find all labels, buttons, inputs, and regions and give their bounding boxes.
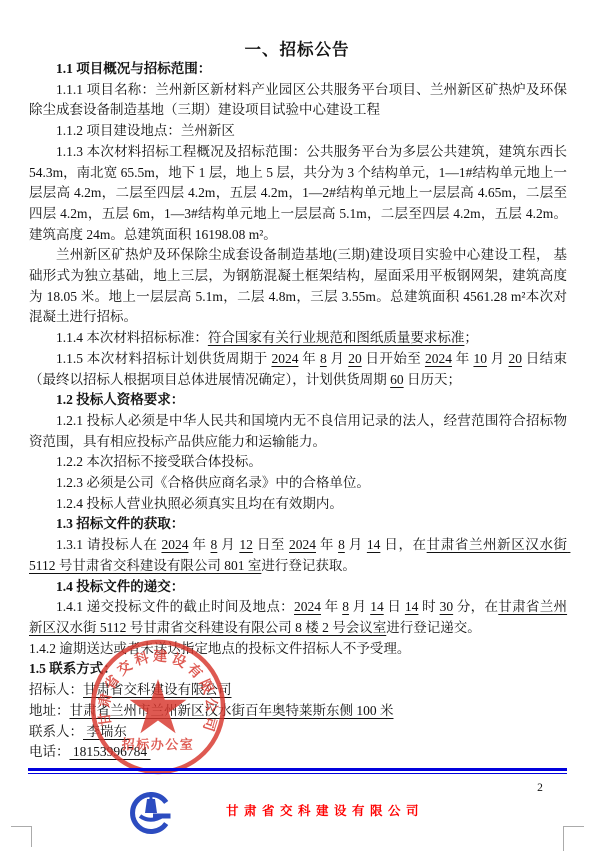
filled-in-value: 甘肃省交科建设有限公司 <box>83 682 232 697</box>
text-segment: 月 <box>349 599 370 614</box>
page-number: 2 <box>530 782 550 794</box>
filled-in-value: 20 <box>508 351 522 366</box>
text-segment: 日开始至 <box>362 351 425 366</box>
text-segment: 日历天； <box>404 372 461 387</box>
section-heading: 1.1 项目概况与招标范围： <box>29 59 567 80</box>
text-segment: 时 <box>418 599 439 614</box>
text-segment: 月 <box>217 537 239 552</box>
filled-in-value: 12 <box>239 537 253 552</box>
filled-in-value: 30 <box>440 599 454 614</box>
text-segment: 1.2.4 投标人营业执照必须真实且均在有效期内。 <box>56 496 343 511</box>
paragraph: 1.1.3 本次材料招标工程概况及招标范围：公共服务平台为多层公共建筑，建筑东西… <box>29 142 567 246</box>
text-segment: 日 <box>384 599 405 614</box>
filled-in-value: 18153996784 <box>70 744 151 759</box>
text-segment: 1.4.1 递交投标文件的截止时间及地点： <box>56 599 294 614</box>
text-segment: 年 <box>321 599 342 614</box>
text-segment: 月 <box>327 351 349 366</box>
crop-mark-bottom-right-h <box>563 826 584 827</box>
crop-mark-bottom-right-v <box>563 826 564 851</box>
text-segment: 年 <box>452 351 474 366</box>
filled-in-value: 8 <box>342 599 349 614</box>
filled-in-value: 20 <box>348 351 362 366</box>
text-segment: 1.1.1 项目名称：兰州新区新材料产业园区公共服务平台项目、兰州新区矿热炉及环… <box>29 82 567 118</box>
text-segment: 地址： <box>29 703 70 718</box>
text-segment: 日至 <box>253 537 289 552</box>
filled-in-value: 2024 <box>425 351 452 366</box>
text-segment: 1.2.1 投标人必须是中华人民共和国境内无不良信用记录的法人，经营范围符合招标… <box>29 413 567 449</box>
paragraph: 1.2.2 本次招标不接受联合体投标。 <box>29 452 567 473</box>
text-segment: 1.4.2 逾期送达或者未送达指定地点的投标文件招标人不予受理。 <box>29 641 410 656</box>
paragraph: 1.1.4 本次材料招标标准：符合国家有关行业规范和图纸质量要求标准； <box>29 328 567 349</box>
paragraph: 兰州新区矿热炉及环保除尘成套设备制造基地(三期)建设项目实验中心建设工程， 基础… <box>29 245 567 328</box>
text-segment: 兰州新区矿热炉及环保除尘成套设备制造基地(三期)建设项目实验中心建设工程， 基础… <box>29 247 567 324</box>
paragraph: 1.4.2 逾期送达或者未送达指定地点的投标文件招标人不予受理。 <box>29 639 567 660</box>
company-logo-icon <box>129 789 177 835</box>
paragraph: 1.4.1 递交投标文件的截止时间及地点：2024 年 8 月 14 日 14 … <box>29 597 567 638</box>
filled-in-value: 李瑞东 <box>83 724 130 739</box>
text-segment: 1.1 项目概况与招标范围： <box>56 61 211 76</box>
text-segment: ； <box>464 330 478 345</box>
paragraph: 1.3.1 请投标人在 2024 年 8 月 12 日至 2024 年 8 月 … <box>29 535 567 576</box>
paragraph: 1.1.1 项目名称：兰州新区新材料产业园区公共服务平台项目、兰州新区矿热炉及环… <box>29 80 567 121</box>
filled-in-value: 14 <box>367 537 381 552</box>
filled-in-value: 甘肃省兰州市兰州新区汉水街百年奥特莱斯东侧 100 米 <box>70 703 394 718</box>
text-segment: 1.1.5 本次材料招标计划供货周期于 <box>56 351 271 366</box>
text-segment: 1.2.2 本次招标不接受联合体投标。 <box>56 454 262 469</box>
text-segment: 1.2 投标人资格要求： <box>56 392 184 407</box>
paragraph: 1.2.4 投标人营业执照必须真实且均在有效期内。 <box>29 494 567 515</box>
text-segment: 月 <box>345 537 367 552</box>
paragraph: 1.1.5 本次材料招标计划供货周期于 2024 年 8 月 20 日开始至 2… <box>29 349 567 390</box>
filled-in-value: 14 <box>405 599 419 614</box>
section-heading: 1.4 投标文件的递交： <box>29 577 567 598</box>
footer-divider <box>28 768 567 774</box>
section-heading: 1.3 招标文件的获取： <box>29 514 567 535</box>
section-heading: 1.5 联系方式： <box>29 659 567 680</box>
paragraph: 联系人： 李瑞东 <box>29 722 567 743</box>
filled-in-value: 8 <box>320 351 327 366</box>
text-segment: 年 <box>188 537 210 552</box>
document-page: 一、招标公告 1.1 项目概况与招标范围：1.1.1 项目名称：兰州新区新材料产… <box>0 0 594 851</box>
text-segment: 1.5 联系方式： <box>29 661 117 676</box>
text-segment: 进行登记获取。 <box>261 558 356 573</box>
text-segment: 年 <box>298 351 320 366</box>
filled-in-value: 8 <box>338 537 345 552</box>
text-segment: 招标人： <box>29 682 83 697</box>
filled-in-value: 2024 <box>289 537 316 552</box>
page-title: 一、招标公告 <box>0 36 594 60</box>
filled-in-value: 14 <box>370 599 384 614</box>
paragraph: 招标人：甘肃省交科建设有限公司 <box>29 680 567 701</box>
filled-in-value: 10 <box>473 351 487 366</box>
text-segment: 1.3 招标文件的获取： <box>56 516 184 531</box>
text-segment: 年 <box>316 537 338 552</box>
filled-in-value: 2024 <box>271 351 298 366</box>
text-segment: 月 <box>487 351 509 366</box>
text-segment: 1.1.2 项目建设地点：兰州新区 <box>56 123 235 138</box>
filled-in-value: 2024 <box>294 599 321 614</box>
text-segment: 电话： <box>29 744 70 759</box>
document-body: 1.1 项目概况与招标范围：1.1.1 项目名称：兰州新区新材料产业园区公共服务… <box>29 59 567 763</box>
filled-in-value: 60 <box>390 372 404 387</box>
crop-mark-bottom-left-v <box>31 826 32 847</box>
paragraph: 地址：甘肃省兰州市兰州新区汉水街百年奥特莱斯东侧 100 米 <box>29 701 567 722</box>
crop-mark-bottom-left-h <box>11 826 32 827</box>
text-segment: 联系人： <box>29 724 83 739</box>
section-heading: 1.2 投标人资格要求： <box>29 390 567 411</box>
paragraph: 1.2.1 投标人必须是中华人民共和国境内无不良信用记录的法人，经营范围符合招标… <box>29 411 567 452</box>
paragraph: 1.2.3 必须是公司《合格供应商名录》中的合格单位。 <box>29 473 567 494</box>
filled-in-value: 2024 <box>161 537 188 552</box>
text-segment: 1.1.3 本次材料招标工程概况及招标范围：公共服务平台为多层公共建筑，建筑东西… <box>29 144 570 242</box>
text-segment: 1.1.4 本次材料招标标准： <box>56 330 208 345</box>
text-segment: 1.4 投标文件的递交： <box>56 579 184 594</box>
text-segment: 进行登记递交。 <box>386 620 481 635</box>
text-segment: 1.3.1 请投标人在 <box>56 537 161 552</box>
text-segment: 分，在 <box>453 599 498 614</box>
paragraph: 1.1.2 项目建设地点：兰州新区 <box>29 121 567 142</box>
footer-company-name: 甘肃省交科建设有限公司 <box>226 801 424 819</box>
text-segment: 日，在 <box>380 537 426 552</box>
text-segment: 1.2.3 必须是公司《合格供应商名录》中的合格单位。 <box>56 475 370 490</box>
filled-in-value: 符合国家有关行业规范和图纸质量要求标准 <box>208 330 465 345</box>
paragraph: 电话： 18153996784 <box>29 742 567 763</box>
